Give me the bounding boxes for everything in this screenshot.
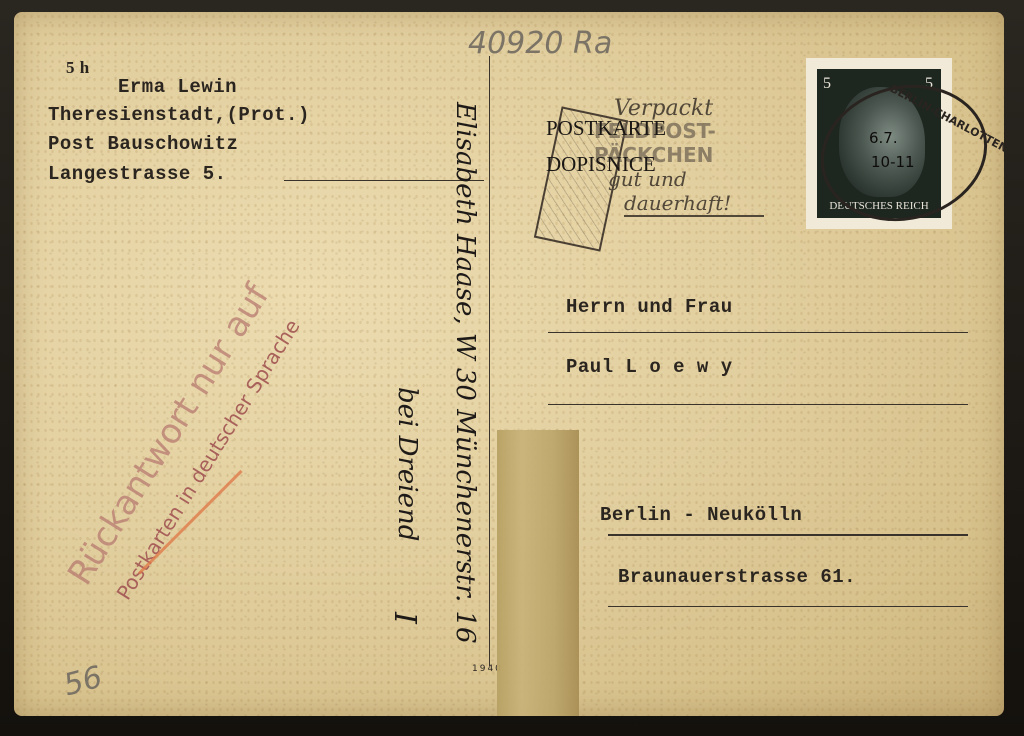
recipient-line-3: Berlin - Neukölln [600, 504, 802, 526]
sender-name: Erma Lewin [118, 76, 237, 98]
sender-line-4: Langestrasse 5. [48, 163, 227, 185]
handwritten-address-line-1: Elisabeth Haase, W 30 Münchenerstr. 16 [450, 102, 480, 644]
address-rule-3 [608, 534, 968, 536]
handwritten-address-line-3: I [387, 612, 422, 624]
tape-residue [497, 430, 579, 716]
recipient-line-2: Paul L o e w y [566, 356, 733, 378]
center-divider [489, 56, 490, 666]
sender-line-3: Post Bauschowitz [48, 133, 238, 155]
sender-line-2: Theresienstadt,(Prot.) [48, 104, 310, 126]
sender-code: 5 h [66, 58, 90, 78]
slogan-line-5: dauerhaft! [624, 191, 764, 217]
handwritten-address-line-2: bei Dreiend [392, 387, 422, 541]
recipient-line-1: Herrn und Frau [566, 296, 733, 318]
address-rule-2 [548, 404, 968, 405]
card-type-line-1: POSTKARTE [546, 116, 666, 141]
stamp-value-left: 5 [823, 75, 831, 93]
card-type-line-2: DOPISNICE [546, 152, 656, 177]
recipient-line-4: Braunauerstrasse 61. [618, 566, 856, 588]
address-rule-1 [548, 332, 968, 333]
postcard: 40920 Ra 5 h Erma Lewin Theresienstadt,(… [14, 12, 1004, 716]
address-rule-4 [608, 606, 968, 607]
